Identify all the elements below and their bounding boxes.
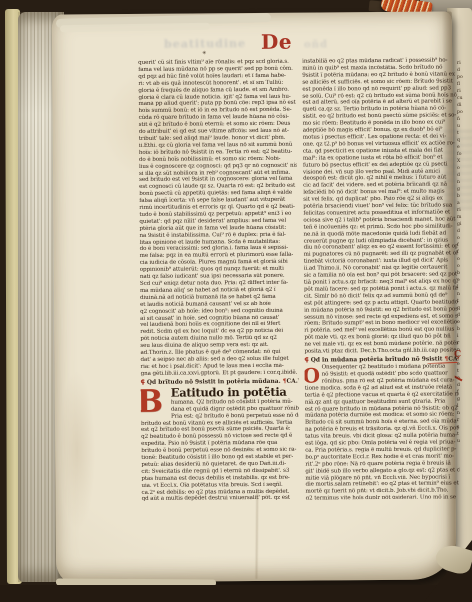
chapter-v-opening: B Eatitudo in potẽtia humana. Q2 brĩtudo…: [141, 385, 300, 500]
chapter-heading-title: Qd brĩtudo nõ 9sistit in potẽria mũdana.: [147, 377, 281, 385]
left-text-column: querit' cũ sit finis vltim⁹ aĩe rõnalis:…: [138, 59, 299, 501]
chapter-text-block: tione modica. scda ẽ q2 ad aliud est et …: [305, 384, 460, 499]
right-text-column: instabiliã eo q2 ptas mũdana radicat' ĩ …: [302, 57, 459, 499]
show-through-ghost-text: beatitudine: [164, 37, 246, 51]
margin-mark-icon: ✳: [202, 50, 206, 56]
chapter-incipit-display: Eatitudo in potẽtia: [171, 385, 299, 399]
margin-smudge: [59, 370, 96, 530]
left-column-text-block: querit' cũ sit finis vltim⁹ aĩe rõnalis:…: [138, 59, 298, 378]
chapter-heading-title: Qd in mũdana potẽria brĩtudo nõ 9sistit: [311, 355, 443, 363]
chapter-text-block: brĩtudo est bonũ vitanũ ex se alliciẽs e…: [141, 419, 300, 501]
running-title: De: [261, 30, 292, 54]
chapter-indented-lines: humana. Q2 brĩtudo nõ cõsistit ĩ potẽria…: [141, 398, 299, 420]
right-column-text-block: instabiliã eo q2 ptas mũdana radicat' ĩ …: [302, 57, 458, 355]
paper-crease: [255, 491, 258, 579]
book-photo: ri d po fl ri cu di po ñ u t q e fo X o …: [0, 0, 472, 602]
chapter-indented-lines: Onsequenter q2 beatitudo ĩ mũdana potent…: [305, 363, 459, 385]
text-line: posita.vti ptaz dicit. Dec.b.Tho.octa gñ…: [304, 347, 458, 355]
background-bottom: [0, 585, 472, 602]
text-line: gna gẽti.lib.iii.ca.xxvi.gptorũ. Et pt g…: [141, 369, 299, 377]
paragraph-mark-icon: ⸿: [304, 357, 308, 364]
text-line: qd aũt a multis depẽdet destrui vniuersa…: [142, 495, 300, 501]
rubricated-initial-O: O: [303, 366, 321, 386]
show-through-ghost-text: oñd: [304, 39, 328, 50]
chapter-number: CA.V.: [286, 377, 298, 384]
chapter-vi-opening: O Onsequenter q2 beatitudo ĩ mũdana pote…: [305, 363, 460, 499]
book-page: beatitudine oñd De ✳ querit' cũ sit fini…: [52, 11, 456, 582]
text-line: q2 terminus vite hoĩs duplr põt ꝯsiderar…: [306, 495, 460, 500]
rubricated-initial-B: B: [138, 386, 163, 416]
